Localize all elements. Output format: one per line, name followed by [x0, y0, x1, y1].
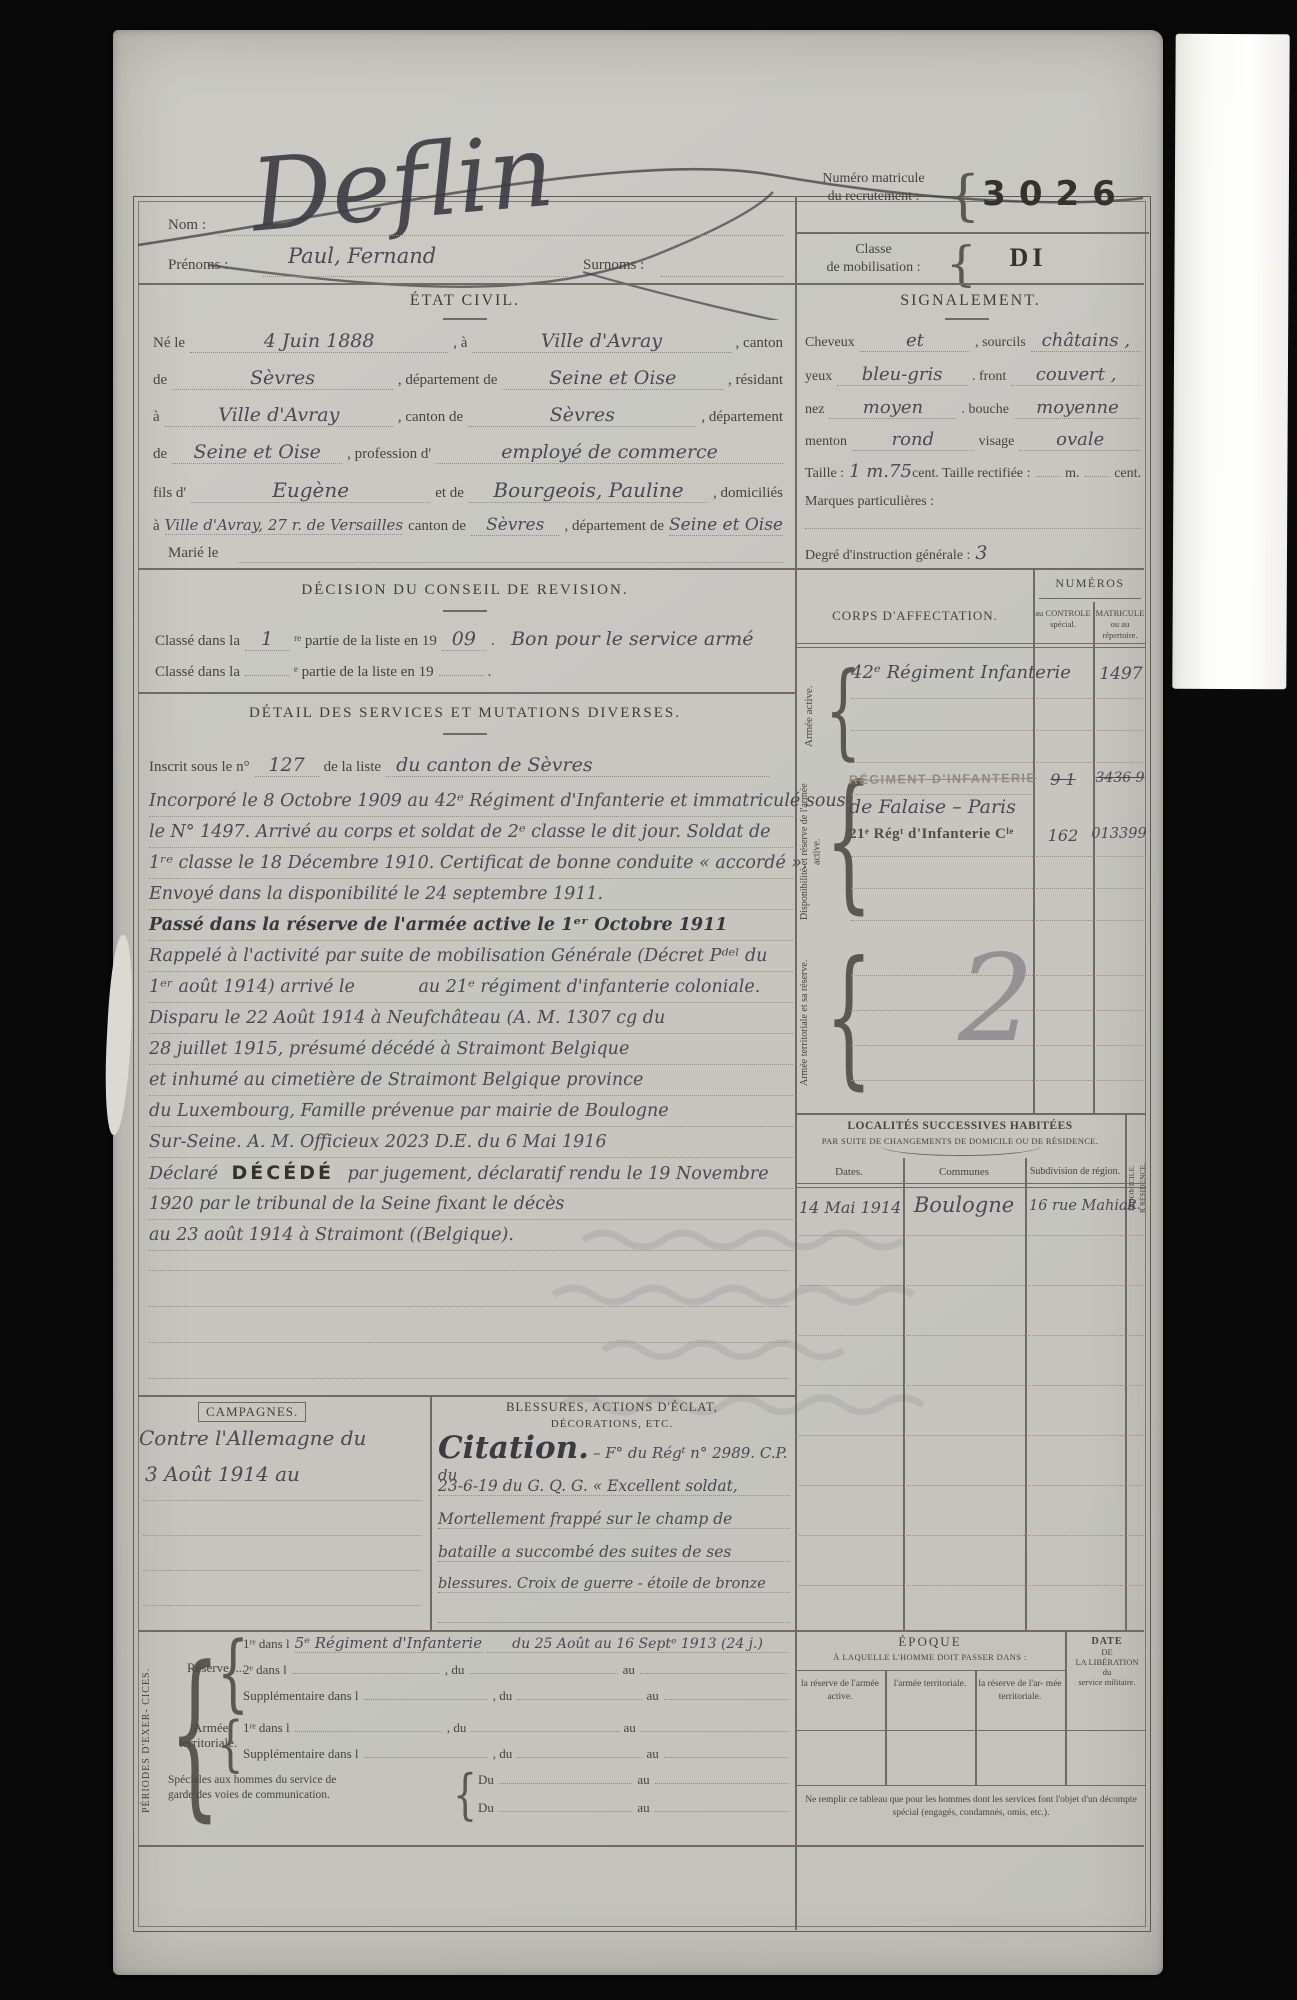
service-line: du Luxembourg, Famille prévenue par mair… [149, 1096, 793, 1127]
torn-edge [102, 935, 136, 1136]
localites-title-2: PAR SUITE DE CHANGEMENTS DE DOMICILE OU … [797, 1136, 1123, 1146]
ruled-line [799, 1535, 1143, 1536]
scan-background: Deflin Nom : Prénoms : Paul, Fernand Sur… [0, 0, 1297, 2000]
crossed-controle: 9 1 [1037, 770, 1089, 789]
ghost-writing [543, 1200, 1143, 1480]
reserve-row-3: Supplémentaire dans l , du au [243, 1688, 788, 1704]
title-dash [443, 733, 487, 735]
prenoms-value: Paul, Fernand [288, 244, 436, 268]
service-line: Rappelé à l'activité par suite de mobili… [149, 941, 793, 972]
ruled-line [799, 1585, 1143, 1586]
title-dash [443, 610, 487, 612]
decision-title: DÉCISION DU CONSEIL DE REVISION. [135, 582, 795, 599]
epoque-col-1: la réserve de l'armée active. [797, 1678, 883, 1704]
classe-value: DI [968, 243, 1088, 273]
title-dash [443, 318, 487, 320]
matricule-value: 3026 [968, 174, 1143, 214]
section-divider [795, 1113, 1146, 1115]
ruled-line [438, 1622, 790, 1623]
ruled-line [143, 1605, 421, 1606]
service-line: Passé dans la réserve de l'armée active … [149, 910, 793, 941]
section-divider [138, 568, 1144, 570]
etat-line: Né le 4 Juin 1888 , à Ville d'Avray , ca… [153, 330, 783, 353]
name-signature: Deflin [245, 112, 558, 255]
title-dash [945, 318, 989, 320]
marques-label: Marques particulières : [805, 494, 934, 510]
header-rule [795, 1183, 1146, 1188]
box-divider [430, 1395, 432, 1630]
col-dates: Dates. [797, 1166, 901, 1178]
row-rule [795, 1730, 1146, 1731]
campagnes-line-1: Contre l'Allemagne du [139, 1426, 366, 1450]
ruled-line [143, 1570, 421, 1571]
section-divider [138, 283, 1144, 285]
numeros-underline [1039, 598, 1141, 599]
speciales-row-2: Du au [478, 1800, 788, 1816]
matricule-label: Numéro matricule du recrutement : [801, 170, 946, 205]
reserve-row-2: 2ᵉ dans l , du au [243, 1662, 788, 1678]
record-sheet: Deflin Nom : Prénoms : Paul, Fernand Sur… [113, 30, 1163, 1975]
service-line: Incorporé le 8 Octobre 1909 au 42ᵉ Régim… [149, 786, 793, 817]
section-divider [138, 692, 795, 694]
epoque-title: ÉPOQUE [797, 1634, 1063, 1650]
divider [795, 232, 1149, 234]
signalement-row: Cheveux et , sourcils châtains , [805, 330, 1141, 352]
ruled-line [851, 888, 1143, 889]
ruled-line [851, 1080, 1143, 1081]
epoque-note: Ne remplir ce tableau que pour les homme… [803, 1794, 1139, 1821]
table-bottom-line [138, 1845, 1144, 1847]
adjacent-page-edge [1172, 34, 1289, 690]
etat-civil-title: ÉTAT CIVIL. [135, 292, 795, 310]
numeros-title: NUMÉROS [1035, 576, 1145, 591]
date-liberation-header: DATE DE LA LIBÉRATION du service militai… [1067, 1636, 1147, 1687]
nom-label: Nom : [168, 217, 206, 234]
service-line: le N° 1497. Arrivé au corps et soldat de… [149, 817, 793, 848]
periodes-vertical-label: PÉRIODES D'EXER- CICES. [141, 1652, 167, 1828]
ruled-line [851, 920, 1143, 921]
table-top-line [138, 1630, 1144, 1632]
ruled-line [851, 794, 1031, 795]
dispo-controle: 162 [1037, 826, 1089, 845]
degre-row: Degré d'instruction générale : 3 [805, 542, 1141, 564]
classe-label: Classe de mobilisation : [801, 241, 946, 276]
speciales-row-1: Du au [478, 1772, 788, 1788]
ruled-line [143, 1535, 421, 1536]
ruled-line [661, 276, 783, 277]
brace: { [453, 1768, 477, 1822]
citation-line: Mortellement frappé sur le champ de [438, 1510, 790, 1529]
ruled-line [263, 276, 568, 277]
campagnes-title: CAMPAGNES. [198, 1402, 306, 1422]
epoque-col-2: l'armée territoriale. [887, 1678, 973, 1691]
service-line: 1ᵉʳ août 1914) arrivé le au 21ᵉ régiment… [149, 972, 793, 1003]
controle-header: au CONTROLE spécial. [1034, 608, 1092, 630]
territoriale-row-2: Supplémentaire dans l , du au [243, 1746, 788, 1762]
brace: { [825, 942, 873, 1092]
etat-line: fils d' Eugène et de Bourgeois, Pauline … [153, 478, 783, 503]
campagnes-line-2: 3 Août 1914 au [145, 1462, 300, 1486]
taille-row: Taille : 1 m.75 cent. Taille rectifiée :… [805, 461, 1141, 482]
service-line: Disparu le 22 Août 1914 à Neufchâteau (A… [149, 1003, 793, 1034]
service-line: Sur-Seine. A. M. Officieux 2023 D.E. du … [149, 1127, 793, 1158]
speciales-label-1: Spéciales aux hommes du service de [168, 1774, 336, 1786]
corps-dispo-row3: 21ᵉ Régᵗ d'Infanterie Cˡᵉ [849, 826, 1014, 843]
signalement-row: menton rond visage ovale [805, 429, 1141, 451]
services-paragraph: Incorporé le 8 Octobre 1909 au 42ᵉ Régim… [149, 786, 793, 1251]
header-rule [795, 643, 1146, 648]
etat-line: de Seine et Oise , profession d' employé… [153, 441, 783, 464]
localites-title-1: LOCALITÉS SUCCESSIVES HABITÉES [797, 1120, 1123, 1132]
regiment-stamp: RÉGIMENT D'INFANTERIE [849, 771, 1036, 787]
large-pen-mark: 2 [958, 930, 1034, 1069]
etat-line: de Sèvres , département de Seine et Oise… [153, 367, 783, 390]
service-line: 28 juillet 1915, présumé décédé à Straim… [149, 1034, 793, 1065]
active-matricule: 1497 [1097, 664, 1145, 684]
corps-active-row: 42ᵉ Régiment Infanterie [851, 662, 1071, 683]
epoque-col-3: la réserve de l'ar- mée territoriale. [977, 1678, 1063, 1704]
decision-line-2: Classé dans la ᵉ partie de la liste en 1… [155, 664, 765, 681]
ruled-line [851, 975, 1143, 976]
corps-title: CORPS D'AFFECTATION. [803, 608, 1027, 624]
brace: { [217, 1714, 244, 1774]
table-vline [1093, 602, 1095, 1113]
ruled-line [218, 235, 783, 236]
service-line: Envoyé dans la disponibilité le 24 septe… [149, 879, 793, 910]
ruled-line [851, 1010, 1143, 1011]
reserve-row-1: 1ʳᵉ dans l 5ᵉ Régiment d'Infanterie du 2… [243, 1634, 788, 1653]
citation-line: blessures. Croix de guerre - étoile de b… [438, 1576, 790, 1593]
ruled-line [851, 730, 1143, 731]
prenoms-label: Prénoms : [168, 257, 228, 274]
ruled-line [851, 698, 1143, 699]
header-rule [795, 1670, 1065, 1671]
matricule-header: MATRICULE ou au répertoire. [1094, 608, 1146, 641]
surnoms-label: Surnoms : [583, 257, 644, 274]
ruled-line [799, 1485, 1143, 1486]
decede-line: Déclaré DÉCÉDÉ par jugement, déclaratif … [149, 1158, 793, 1189]
col-communes: Communes [905, 1166, 1023, 1178]
decede-stamp: DÉCÉDÉ [232, 1162, 334, 1184]
dispo-matricule: 013399 [1091, 826, 1147, 842]
ruled-line [851, 1045, 1143, 1046]
epoque-subtitle: À LAQUELLE L'HOMME DOIT PASSER DANS : [797, 1652, 1063, 1662]
service-line: 1ʳᵉ classe le 18 Décembre 1910. Certific… [149, 848, 793, 879]
corps-dispo-row2: de Falaise – Paris [849, 796, 1016, 818]
inscrit-line: Inscrit sous le n° 127 de la liste du ca… [149, 754, 769, 777]
row-rule [795, 1785, 1146, 1786]
signalement-title: SIGNALEMENT. [795, 292, 1146, 310]
ruled-line [851, 856, 1143, 857]
speciales-label-2: garde des voies de communication. [168, 1789, 330, 1801]
ruled-line [805, 528, 1141, 529]
armee-active-label: Armée active. [803, 666, 815, 766]
territoriale-row-1: 1ʳᵉ dans l , du au [243, 1720, 788, 1736]
ruled-line [851, 762, 1143, 763]
signalement-row: yeux bleu-gris . front couvert , [805, 364, 1141, 386]
etat-line: à Ville d'Avray, 27 r. de Versailles can… [153, 515, 783, 536]
decision-line-1: Classé dans la 1 ʳᵉ partie de la liste e… [155, 628, 765, 651]
marie-label: Marié le [168, 545, 218, 562]
etat-line: à Ville d'Avray , canton de Sèvres , dép… [153, 404, 783, 427]
citation-line: bataille a succombé des suites de ses [438, 1543, 790, 1562]
detail-title: DÉTAIL DES SERVICES ET MUTATIONS DIVERSE… [135, 705, 795, 722]
service-line: et inhumé au cimetière de Straimont Belg… [149, 1065, 793, 1096]
ruled-line [143, 1500, 421, 1501]
ruled-line [238, 562, 783, 563]
crossed-matricule: 3436 9 [1093, 770, 1147, 786]
signalement-row: nez moyen . bouche moyenne [805, 397, 1141, 419]
col-subdivision: Subdivision de région. [1027, 1166, 1123, 1177]
